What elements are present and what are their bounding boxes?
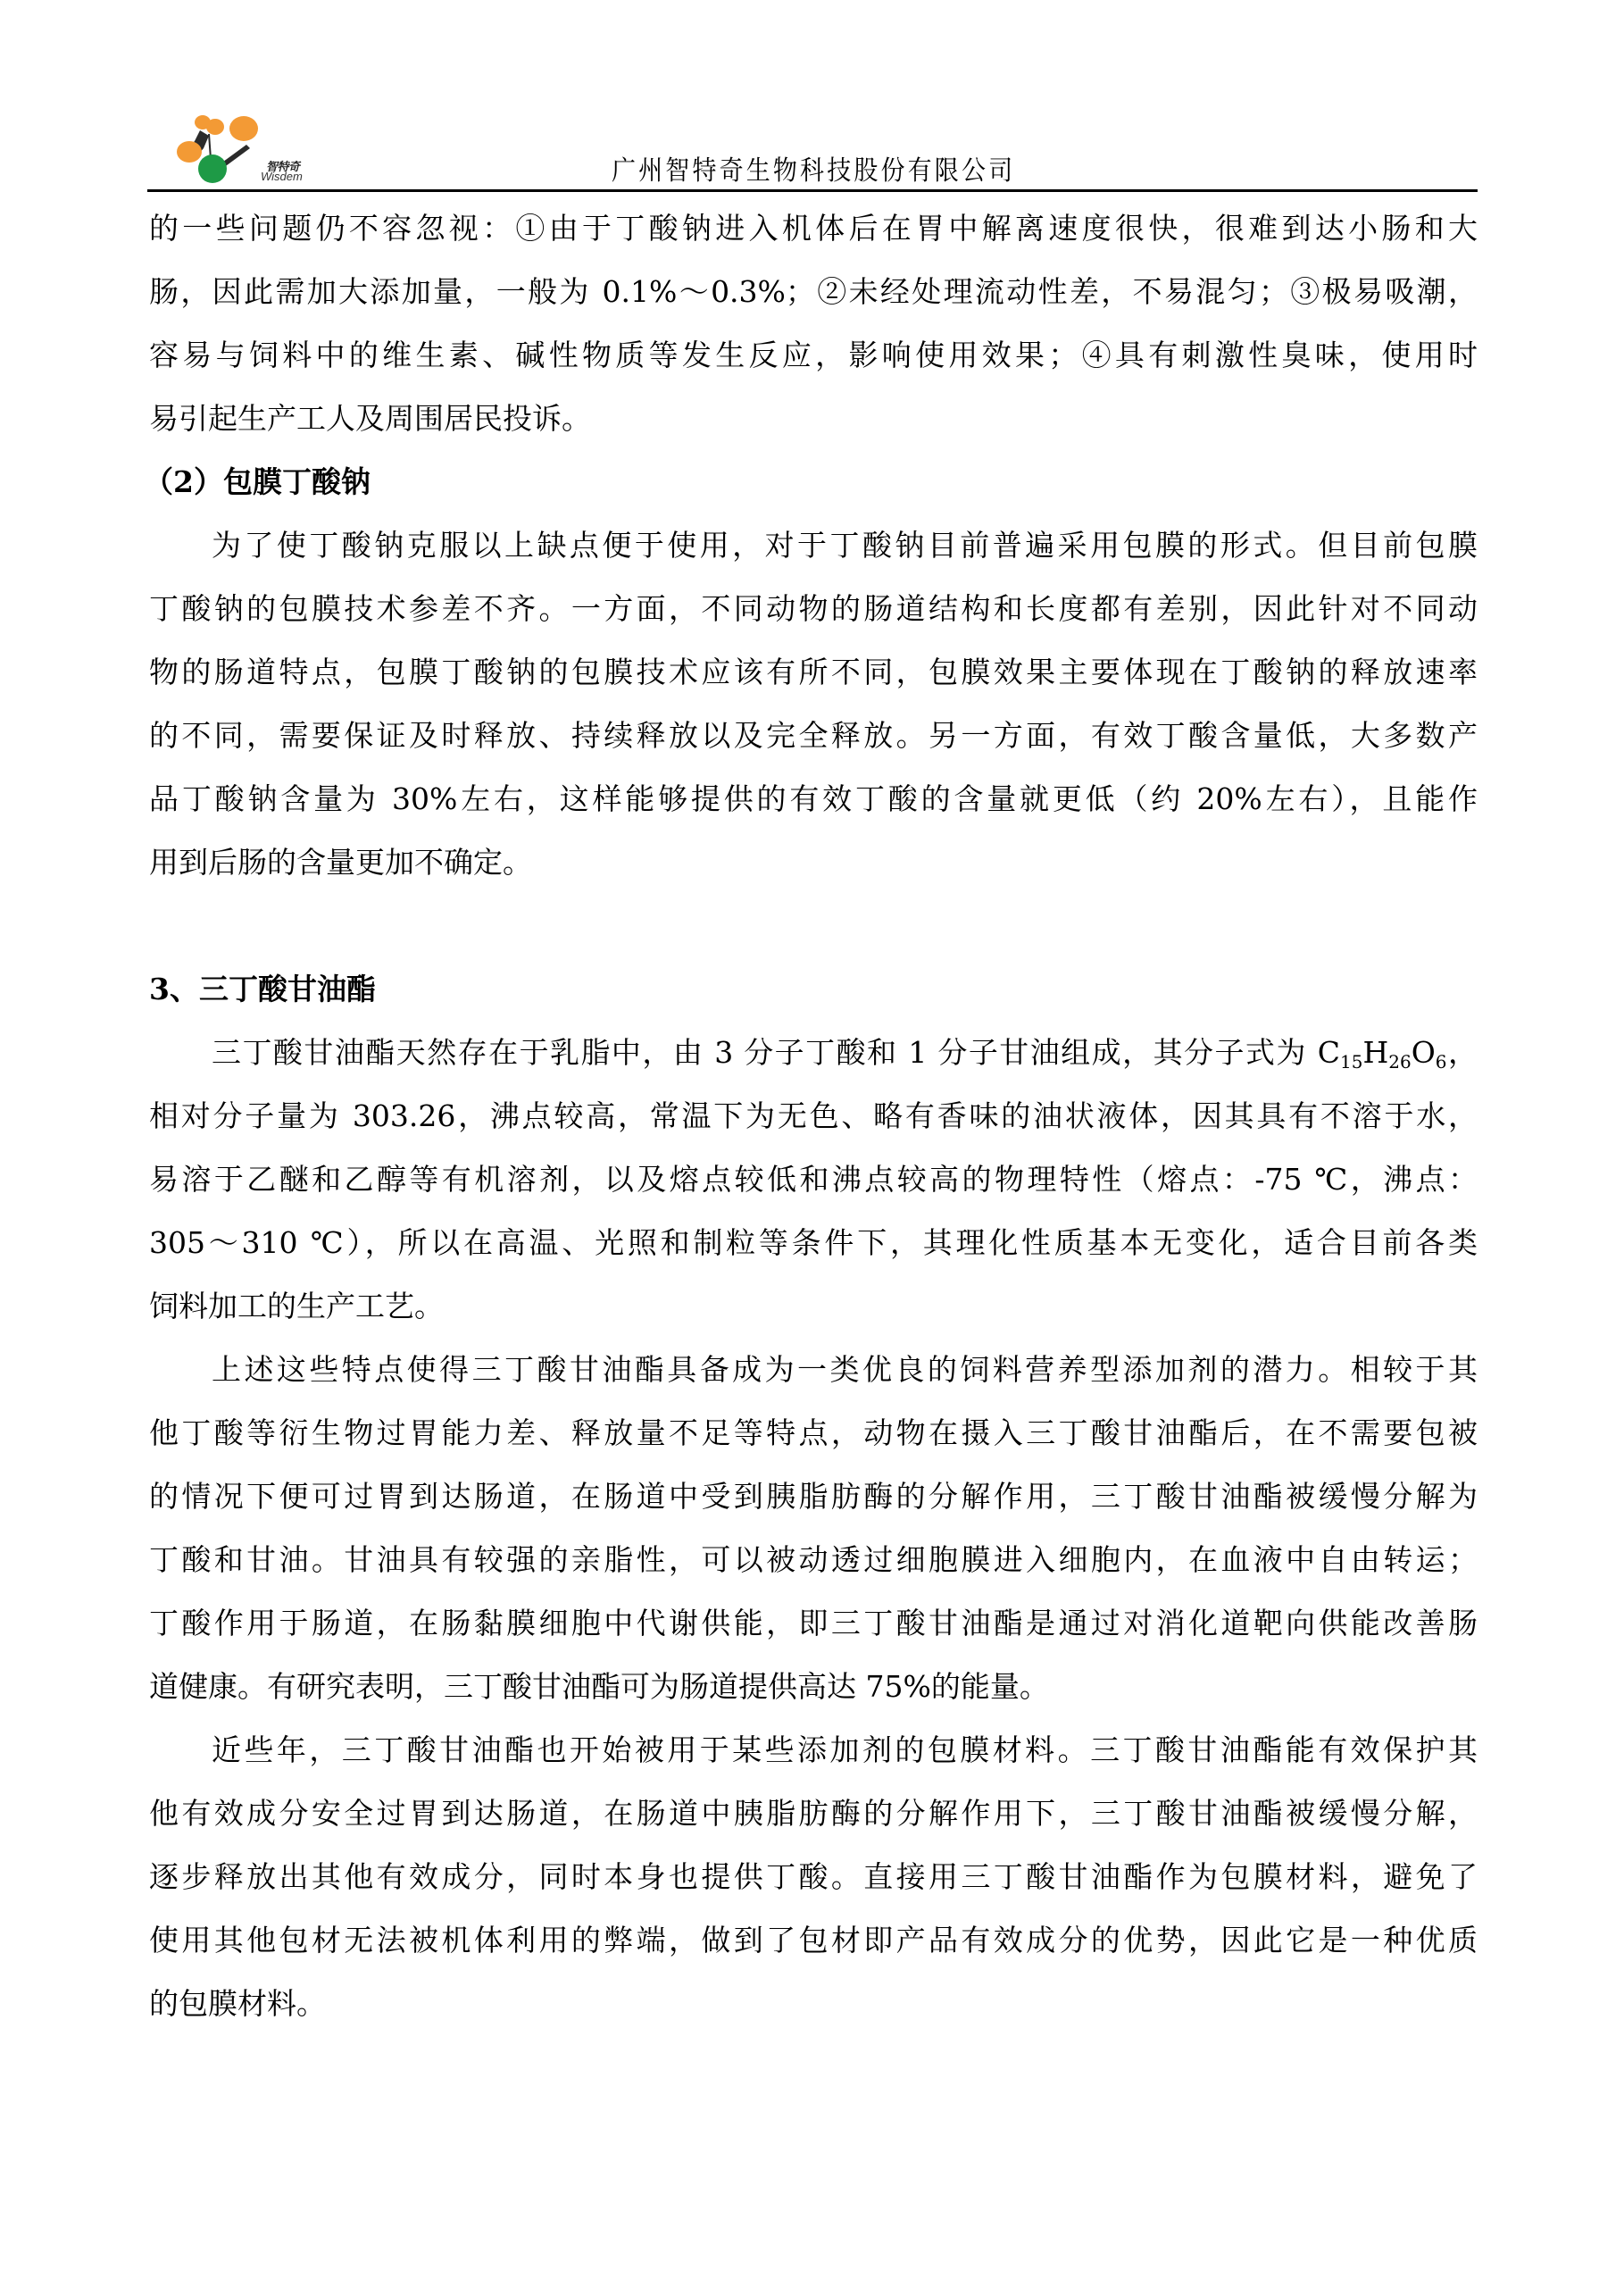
text-line: 品丁酸钠含量为 30%左右，这样能够提供的有效丁酸的含量就更低（约 20%左右）… (149, 778, 1478, 841)
section-heading-tributyrin: 3、三丁酸甘油酯 (149, 968, 1478, 1031)
paragraph-tributyrin-advantages: 上述这些特点使得三丁酸甘油酯具备成为一类优良的饲料营养型添加剂的潜力。相较于其 … (149, 1348, 1478, 1729)
section-heading-coated-sodium-butyrate: （2）包膜丁酸钠 (144, 461, 1478, 524)
logo-english-text: Wisdem (261, 170, 303, 183)
text-line: 305～310 ℃），所以在高温、光照和制粒等条件下，其理化性质基本无变化，适合… (149, 1222, 1478, 1285)
text-line: 丁酸和甘油。甘油具有较强的亲脂性，可以被动透过细胞膜进入细胞内，在血液中自由转运… (149, 1539, 1478, 1602)
text-line: 用到后肠的含量更加不确定。 (149, 841, 1478, 905)
text-line: 他丁酸等衍生物过胃能力差、释放量不足等特点，动物在摄入三丁酸甘油酯后，在不需要包… (149, 1412, 1478, 1475)
text-line: 易引起生产工人及周围居民投诉。 (149, 397, 1478, 461)
text-line: 相对分子量为 303.26，沸点较高，常温下为无色、略有香味的油状液体，因其具有… (149, 1095, 1478, 1158)
paragraph-tributyrin-coating: 近些年，三丁酸甘油酯也开始被用于某些添加剂的包膜材料。三丁酸甘油酯能有效保护其 … (149, 1729, 1478, 2046)
text-line: 容易与饲料中的维生素、碱性物质等发生反应，影响使用效果；④具有刺激性臭味，使用时 (149, 334, 1478, 397)
text-line: 物的肠道特点，包膜丁酸钠的包膜技术应该有所不同，包膜效果主要体现在丁酸钠的释放速… (149, 651, 1478, 714)
text-line: 丁酸钠的包膜技术参差不齐。一方面，不同动物的肠道结构和长度都有差别，因此针对不同… (149, 588, 1478, 651)
text-line: 的情况下便可过胃到达肠道，在肠道中受到胰脂肪酶的分解作用，三丁酸甘油酯被缓慢分解… (149, 1475, 1478, 1539)
text-line: 他有效成分安全过胃到达肠道，在肠道中胰脂肪酶的分解作用下，三丁酸甘油酯被缓慢分解… (149, 1792, 1478, 1856)
company-logo: 智特奇 Wisdem (177, 114, 311, 191)
paragraph-coated-sodium-butyrate: 为了使丁酸钠克服以上缺点便于使用，对于丁酸钠目前普遍采用包膜的形式。但目前包膜 … (149, 524, 1478, 905)
paragraph-sodium-butyrate-issues: 的一些问题仍不容忽视：①由于丁酸钠进入机体后在胃中解离速度很快，很难到达小肠和大… (149, 207, 1478, 461)
text-segment: 三丁酸甘油酯天然存在于乳脂中，由 3 分子丁酸和 1 分子甘油组成，其分子式为 (212, 1035, 1318, 1070)
text-line: 近些年，三丁酸甘油酯也开始被用于某些添加剂的包膜材料。三丁酸甘油酯能有效保护其 (149, 1729, 1478, 1792)
document-body: 的一些问题仍不容忽视：①由于丁酸钠进入机体后在胃中解离速度很快，很难到达小肠和大… (149, 207, 1478, 2046)
text-line: 逐步释放出其他有效成分，同时本身也提供丁酸。直接用三丁酸甘油酯作为包膜材料，避免… (149, 1856, 1478, 1919)
text-line: 的包膜材料。 (149, 1982, 1478, 2046)
text-line: 易溶于乙醚和乙醇等有机溶剂，以及熔点较低和沸点较高的物理特性（熔点：-75 ℃，… (149, 1158, 1478, 1222)
header-divider (147, 189, 1478, 192)
text-line: 为了使丁酸钠克服以上缺点便于使用，对于丁酸钠目前普遍采用包膜的形式。但目前包膜 (149, 524, 1478, 588)
text-line: 丁酸作用于肠道，在肠黏膜细胞中代谢供能，即三丁酸甘油酯是通过对消化道靶向供能改善… (149, 1602, 1478, 1665)
text-line: 道健康。有研究表明，三丁酸甘油酯可为肠道提供高达 75%的能量。 (149, 1665, 1478, 1729)
text-line: 肠，因此需加大添加量，一般为 0.1%～0.3%；②未经处理流动性差，不易混匀；… (149, 271, 1478, 334)
text-line-with-formula: 三丁酸甘油酯天然存在于乳脂中，由 3 分子丁酸和 1 分子甘油组成，其分子式为 … (149, 1031, 1478, 1095)
text-line: 的一些问题仍不容忽视：①由于丁酸钠进入机体后在胃中解离速度很快，很难到达小肠和大 (149, 207, 1478, 271)
company-name-header: 广州智特奇生物科技股份有限公司 (612, 154, 989, 189)
text-line: 上述这些特点使得三丁酸甘油酯具备成为一类优良的饲料营养型添加剂的潜力。相较于其 (149, 1348, 1478, 1412)
chemical-formula: C15H26O6， (1318, 1035, 1478, 1070)
text-line: 使用其他包材无法被机体利用的弊端，做到了包材即产品有效成分的优势，因此它是一种优… (149, 1919, 1478, 1982)
blank-line (149, 905, 1478, 968)
text-line: 饲料加工的生产工艺。 (149, 1285, 1478, 1348)
paragraph-tributyrin-properties: 三丁酸甘油酯天然存在于乳脂中，由 3 分子丁酸和 1 分子甘油组成，其分子式为 … (149, 1031, 1478, 1348)
document-page: 智特奇 Wisdem 广州智特奇生物科技股份有限公司 的一些问题仍不容忽视：①由… (0, 0, 1624, 2287)
text-line: 的不同，需要保证及时释放、持续释放以及完全释放。另一方面，有效丁酸含量低，大多数… (149, 714, 1478, 778)
